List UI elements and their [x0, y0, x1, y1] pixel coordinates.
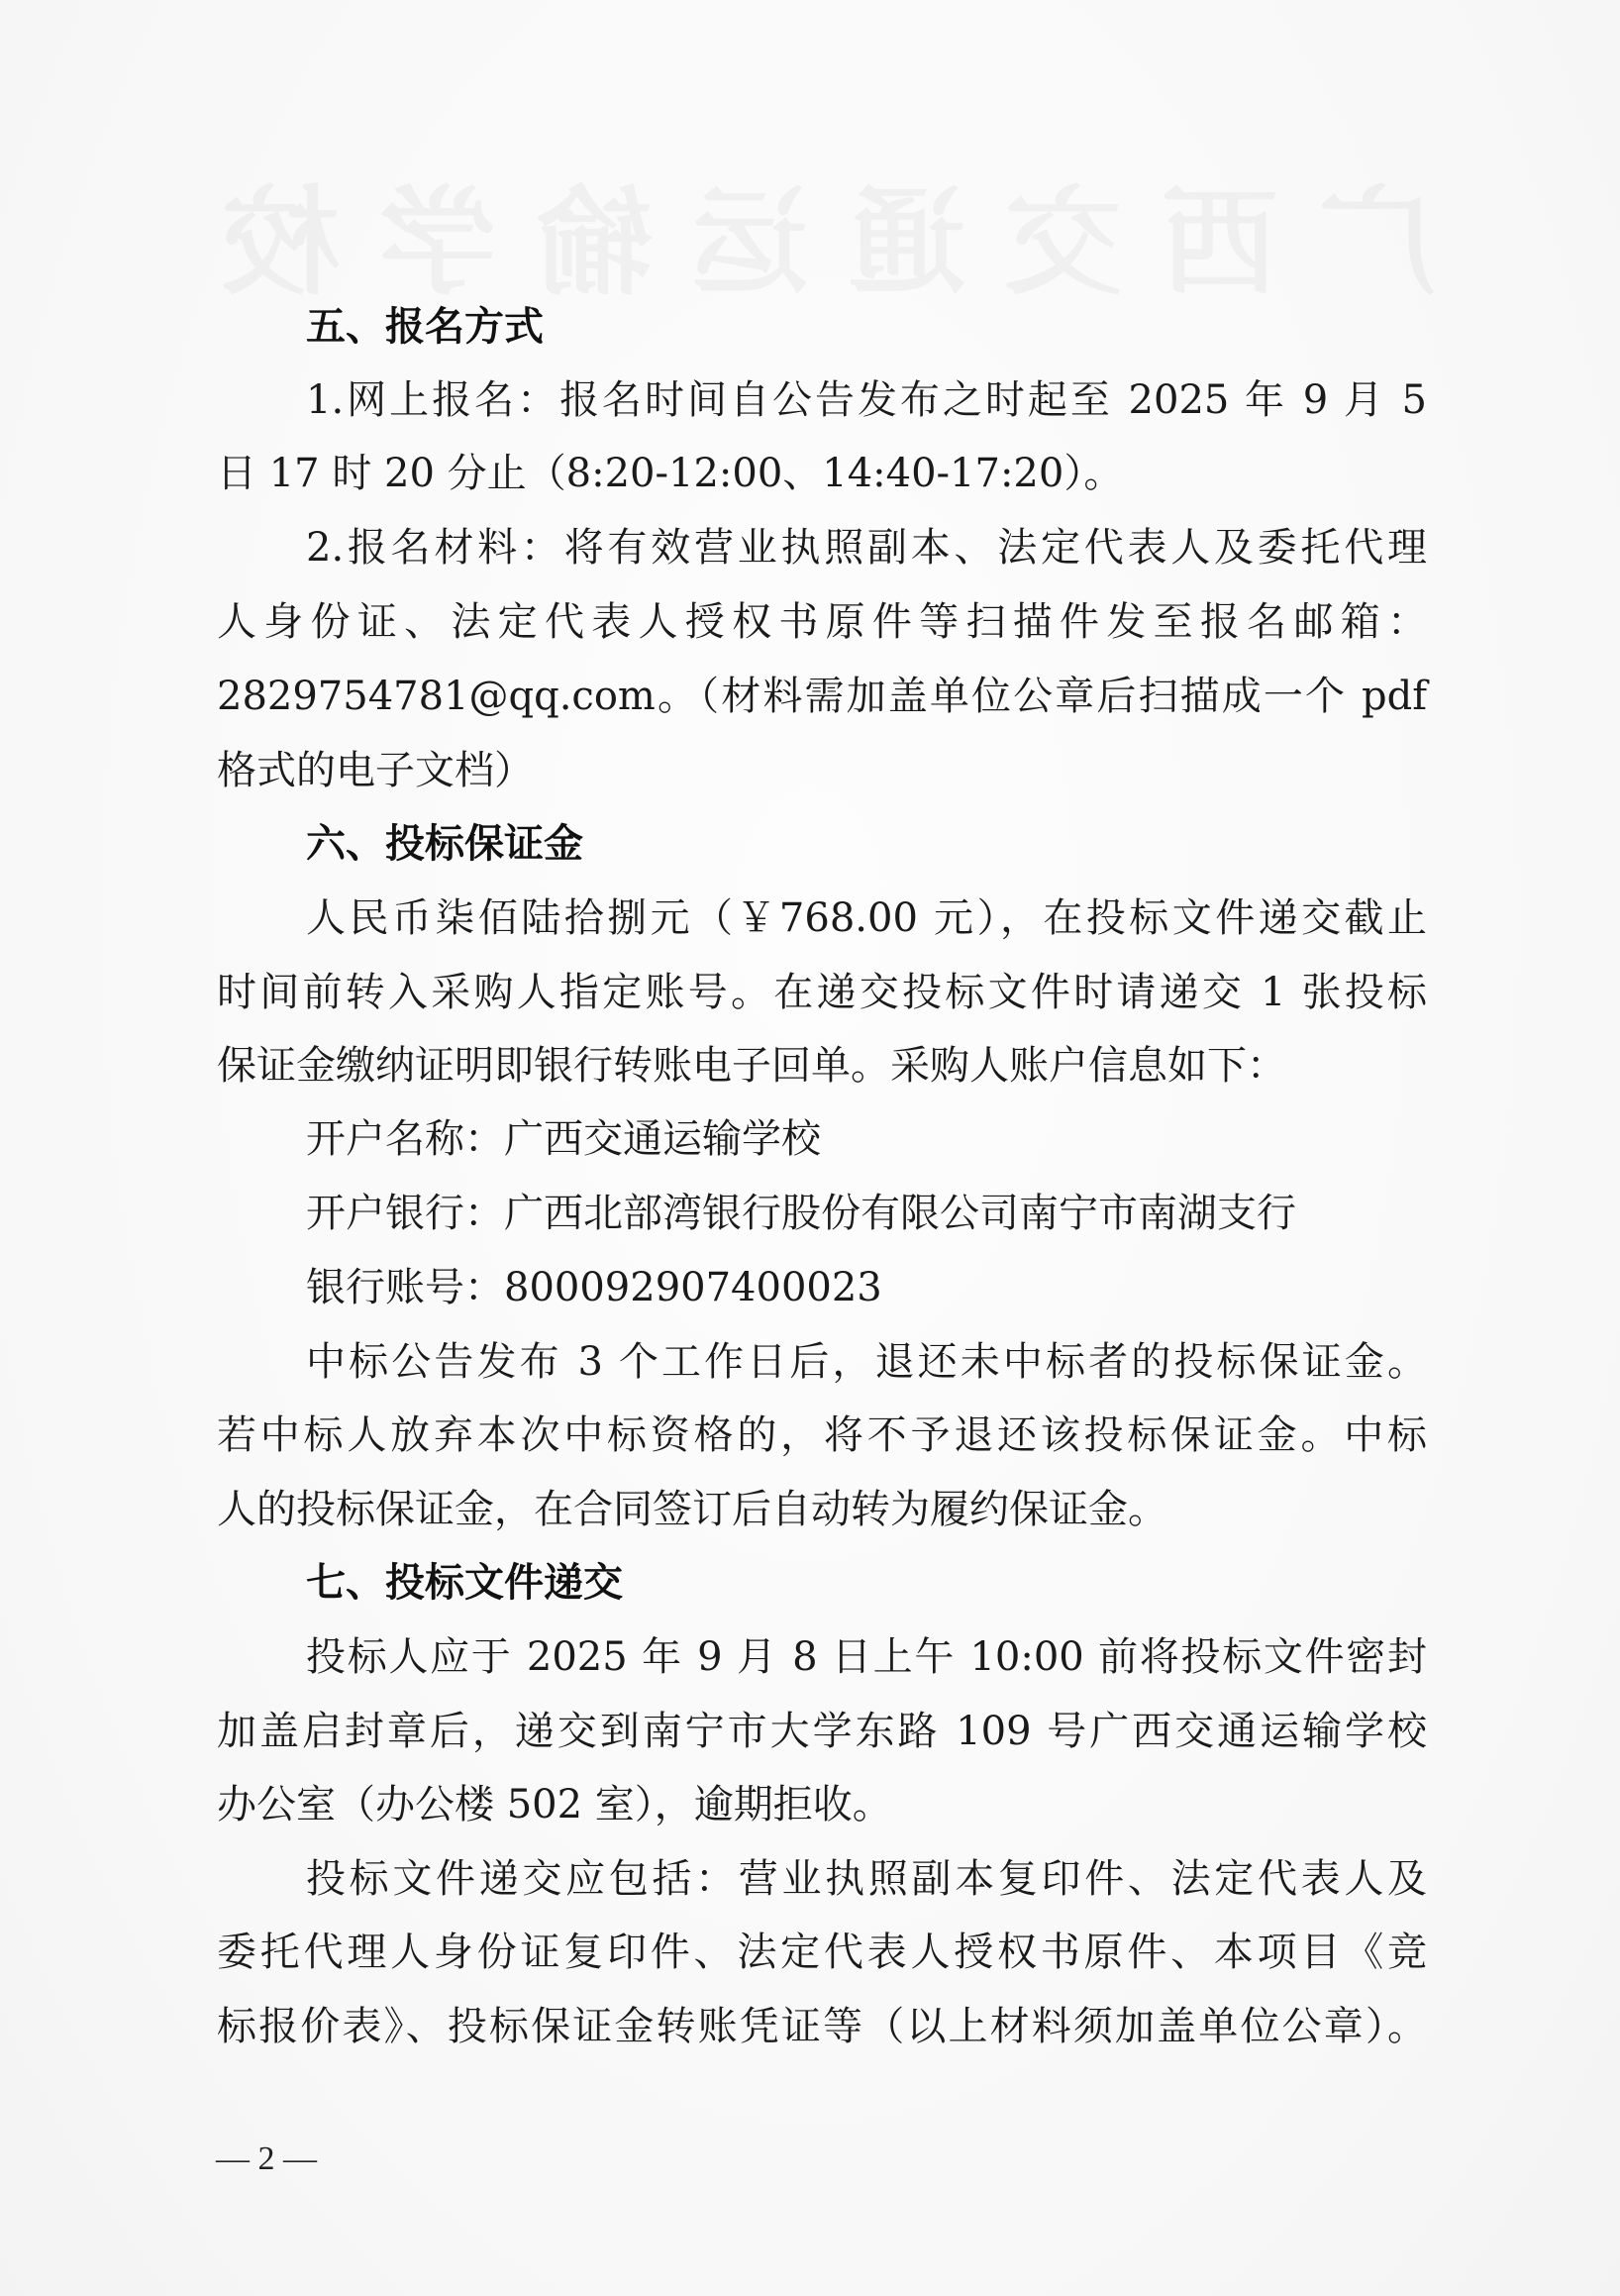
paragraph-line: 标报价表》、投标保证金转账凭证等（以上材料须加盖单位公章）。 — [217, 1999, 1427, 2054]
account-number-line: 银行账号：800092907400023 — [306, 1260, 1427, 1315]
paragraph-line: 格式的电子文档） — [217, 743, 1427, 798]
paragraph-line: 日 17 时 20 分止（8:20-12:00、14:40-17:20）。 — [217, 446, 1427, 501]
bank-name-line: 开户银行：广西北部湾银行股份有限公司南宁市南湖支行 — [306, 1186, 1427, 1241]
email-line: 2829754781@qq.com。（材料需加盖单位公章后扫描成一个 pdf — [217, 669, 1427, 724]
paragraph-line: 委托代理人身份证复印件、法定代表人授权书原件、本项目《竞 — [217, 1925, 1427, 1980]
document-page: 广西交通运输学校 五、报名方式 1.网上报名：报名时间自公告发布之时起至 202… — [0, 0, 1620, 2296]
paragraph-line: 加盖启封章后，递交到南宁市大学东路 109 号广西交通运输学校 — [217, 1704, 1427, 1759]
section-heading-deposit: 六、投标保证金 — [306, 816, 583, 872]
paragraph-line: 中标公告发布 3 个工作日后，退还未中标者的投标保证金。 — [306, 1334, 1427, 1390]
paragraph-line: 1.网上报名：报名时间自公告发布之时起至 2025 年 9 月 5 — [306, 372, 1427, 428]
account-name-line: 开户名称：广西交通运输学校 — [306, 1111, 1427, 1167]
paragraph-line: 若中标人放弃本次中标资格的，将不予退还该投标保证金。中标 — [217, 1408, 1427, 1463]
paragraph-line: 办公室（办公楼 502 室），逾期拒收。 — [217, 1777, 1427, 1832]
section-heading-submission: 七、投标文件递交 — [306, 1555, 623, 1611]
paragraph-line: 2.报名材料：将有效营业执照副本、法定代表人及委托代理 — [306, 520, 1427, 575]
bleed-through-letterhead: 广西交通运输学校 — [183, 149, 1435, 317]
paragraph-line: 保证金缴纳证明即银行转账电子回单。采购人账户信息如下： — [217, 1038, 1427, 1094]
section-heading-registration: 五、报名方式 — [306, 299, 544, 355]
paragraph-line: 人的投标保证金，在合同签订后自动转为履约保证金。 — [217, 1482, 1427, 1537]
paragraph-line: 投标文件递交应包括：营业执照副本复印件、法定代表人及 — [306, 1851, 1427, 1907]
page-number: — 2 — — [216, 2139, 317, 2179]
paragraph-line: 人民币柒佰陆拾捌元（￥768.00 元），在投标文件递交截止 — [306, 890, 1427, 946]
paragraph-line: 投标人应于 2025 年 9 月 8 日上午 10:00 前将投标文件密封 — [306, 1629, 1427, 1685]
paragraph-line: 人身份证、法定代表人授权书原件等扫描件发至报名邮箱： — [217, 594, 1427, 650]
paragraph-line: 时间前转入采购人指定账号。在递交投标文件时请递交 1 张投标 — [217, 965, 1427, 1020]
